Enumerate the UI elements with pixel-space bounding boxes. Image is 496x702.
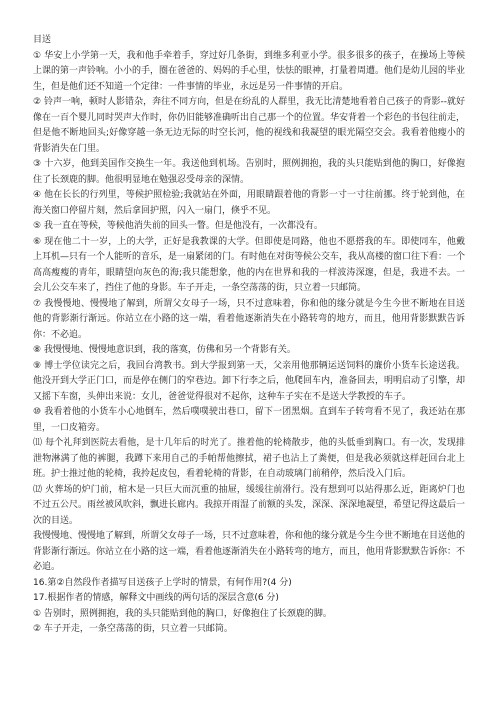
article-paragraph-6: ⑥ 现在他二十一岁，上的大学，正好是我教课的大学。但即使是同路，他也不愿搭我的车… [33,235,465,297]
document-page: 目送 ① 华安上小学第一天，我和他手牵着手，穿过好几条街，到维多利亚小学。很多很… [0,0,496,702]
article-paragraph-8: ⑧ 我慢慢地、慢慢地意识到，我的落寞，仿佛和另一个背影有关。 [33,343,465,359]
article-paragraph-5: ⑤ 我一直在等候，等候他消失前的回头一瞥。但是他没有，一次都没有。 [33,219,465,235]
article-paragraph-7: ⑦ 我慢慢地、慢慢地了解到，所谓父女母子一场，只不过意味着，你和他的缘分就是今生… [33,297,465,344]
article-title: 目送 [33,33,465,49]
question-16: 16.第②自然段作者描写目送孩子上学时的情景，有何作用?(4 分) [33,576,465,592]
article-paragraph-9: ⑨ 博士学位读完之后，我回台湾教书。到大学报到第一天，父亲用他那辆运送饲料的廉价… [33,359,465,406]
article-paragraph-1: ① 华安上小学第一天，我和他手牵着手，穿过好几条街，到维多利亚小学。很多很多的孩… [33,49,465,96]
question-17: 17.根据作者的情感，解释文中画线的两句话的深层含意(6 分) [33,591,465,607]
article-paragraph-12: ⑿ 火葬场的炉门前，棺木是一只巨大而沉重的抽屉，缓缓往前滑行。没有想到可以站得那… [33,483,465,530]
article-paragraph-3: ③ 十六岁，他到美国作交换生一年。我送他到机场。告别时，照例拥抱，我的头只能贴到… [33,157,465,188]
question-17-item-2: ② 车子开走，一条空荡荡的街，只立着一只邮筒。 [33,622,465,638]
article-paragraph-summary: 我慢慢地、慢慢地了解到，所谓父女母子一场，只不过意味着，你和他的缘分就是今生今世… [33,529,465,576]
article-paragraph-10: ⑩ 我看着他的小货车小心地倒车，然后噗噗驶出巷口，留下一团黑烟。直到车子转弯看不… [33,405,465,436]
article-paragraph-11: ⑾ 每个礼拜到医院去看他，是十几年后的时光了。推着他的轮椅散步，他的头低垂到胸口… [33,436,465,483]
question-17-item-1: ① 告别时，照例拥抱，我的头只能贴到他的胸口，好像抱住了长颈鹿的脚。 [33,607,465,623]
article-paragraph-2: ② 铃声一响，顿时人影错杂，奔往不同方向，但是在纷乱的人群里，我无比清楚地看着自… [33,95,465,157]
article-paragraph-4: ④ 他在长长的行列里，等候护照检验;我就站在外面，用眼睛跟着他的背影一寸一寸往前… [33,188,465,219]
